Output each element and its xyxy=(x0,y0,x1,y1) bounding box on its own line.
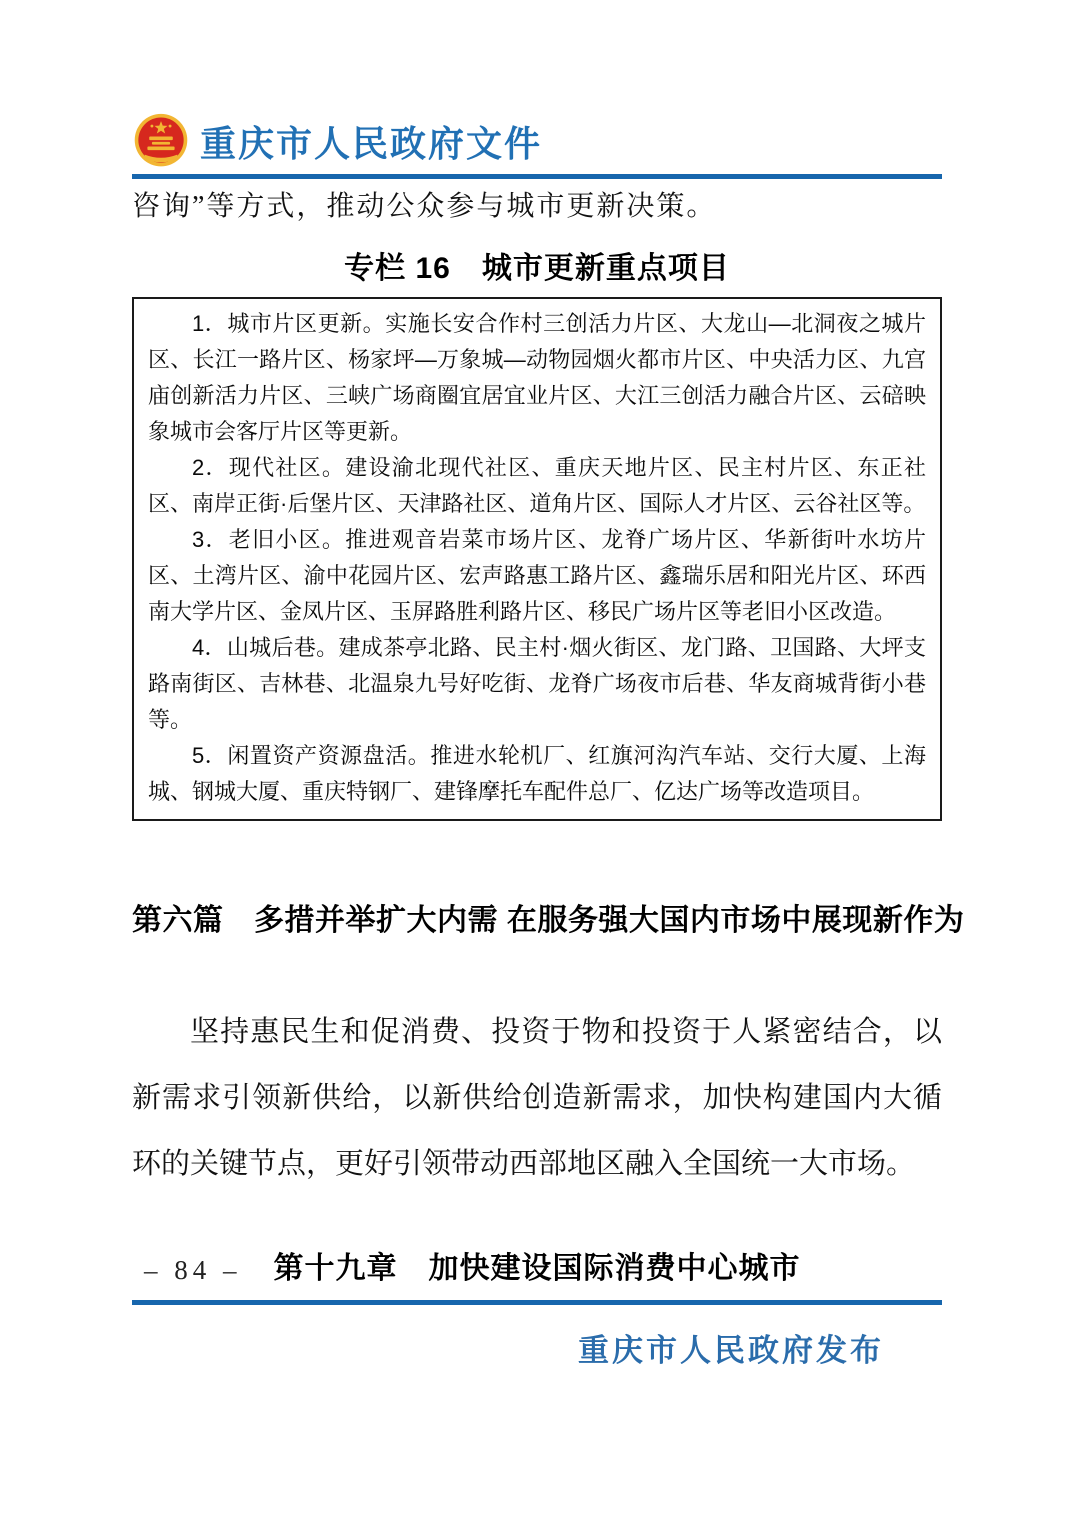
section-heading: 第六篇 多措并举扩大内需 在服务强大国内市场中展现新作为 xyxy=(132,895,942,939)
box-paragraph-2: 2．现代社区。建设渝北现代社区、重庆天地片区、民主村片区、东正社区、南岸正街·后… xyxy=(148,450,926,522)
box-paragraph-3: 3．老旧小区。推进观音岩菜市场片区、龙脊广场片区、华新街叶水坊片区、土湾片区、渝… xyxy=(148,522,926,630)
key-projects-box: 1．城市片区更新。实施长安合作村三创活力片区、大龙山—北洞夜之城片区、长江一路片… xyxy=(132,297,942,821)
page-number: – 84 – xyxy=(132,1255,942,1286)
publisher-line: 重庆市人民政府发布 xyxy=(132,1325,942,1370)
body-paragraph: 坚持惠民生和促消费、投资于物和投资于人紧密结合，以新需求引领新供给，以新供给创造… xyxy=(132,999,942,1197)
header-rule xyxy=(132,174,942,179)
page-content: 重庆市人民政府文件 咨询”等方式，推动公众参与城市更新决策。 专栏 16 城市更… xyxy=(132,0,942,1287)
box-paragraph-5: 5．闲置资产资源盘活。推进水轮机厂、红旗河沟汽车站、交行大厦、上海城、钢城大厦、… xyxy=(148,738,926,810)
document-header: 重庆市人民政府文件 xyxy=(132,112,942,170)
box-paragraph-4: 4．山城后巷。建成茶亭北路、民主村·烟火街区、龙门路、卫国路、大坪支路南街区、吉… xyxy=(148,630,926,738)
box-title: 专栏 16 城市更新重点项目 xyxy=(132,243,942,287)
national-emblem-icon xyxy=(132,112,190,170)
footer-rule xyxy=(132,1300,942,1305)
intro-paragraph: 咨询”等方式，推动公众参与城市更新决策。 xyxy=(132,187,942,227)
document-header-title: 重庆市人民政府文件 xyxy=(200,116,542,167)
page-footer: – 84 – 重庆市人民政府发布 xyxy=(132,1255,942,1370)
box-paragraph-1: 1．城市片区更新。实施长安合作村三创活力片区、大龙山—北洞夜之城片区、长江一路片… xyxy=(148,306,926,450)
